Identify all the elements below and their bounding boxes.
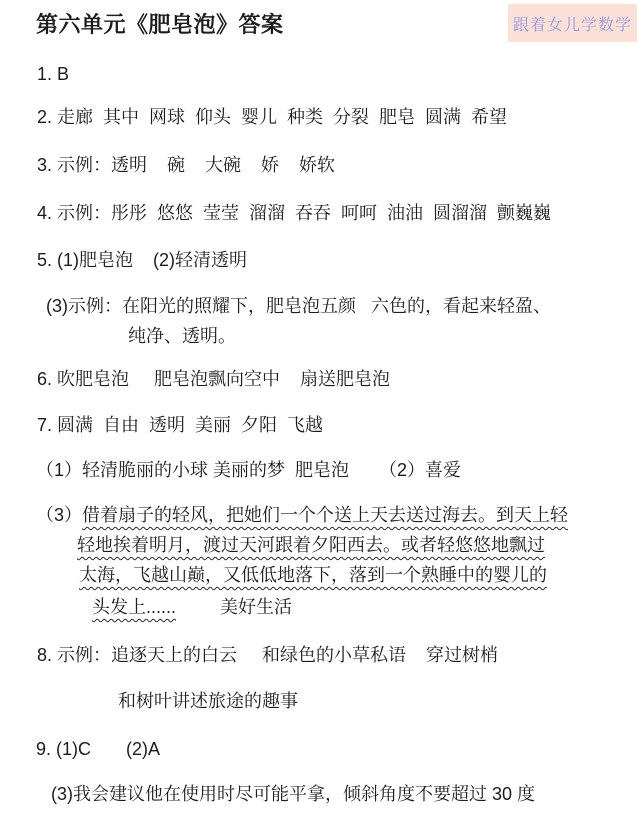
page-title: 第六单元《肥皂泡》答案 [36,12,284,38]
answer-q7-part3-marker: （3） [36,505,82,525]
answer-q4: 4. 示例：彤彤 悠悠 莹莹 溜溜 吞吞 呵呵 油油 圆溜溜 颤巍巍 [37,201,551,225]
answer-q3: 3. 示例：透明 碗 大碗 娇 娇软 [37,153,335,177]
answer-q7: 7. 圆满 自由 透明 美丽 夕阳 飞越 [37,413,323,437]
answer-q7-part3-line2: 轻地挨着明月，渡过天河跟着夕阳西去。或者轻悠悠地飘过 [77,533,545,557]
answer-q2: 2. 走廊 其中 网球 仰头 婴儿 种类 分裂 肥皂 圆满 希望 [37,105,507,129]
answer-q7-part3-text4: 头发上...... [92,597,176,617]
answer-q5-line3: 纯净、透明。 [128,324,236,348]
answer-q7-part3-line3: 太海，飞越山巅，又低低地落下，落到一个熟睡中的婴儿的 [79,563,547,587]
answer-q7-part3-line1: （3）借着扇子的轻风，把她们一个个送上天去送过海去。到天上轻 [36,503,568,527]
answer-q5-line1: 5. (1)肥皂泡 (2)轻清透明 [37,248,247,272]
answer-q9-line2: (3)我会建议他在使用时尽可能平拿，倾斜角度不要超过 30 度 [51,782,535,806]
answer-q6: 6. 吹肥皂泡 肥皂泡飘向空中 扇送肥皂泡 [37,367,390,391]
answer-q8-line1: 8. 示例：追逐天上的白云 和绿色的小草私语 穿过树梢 [37,643,498,667]
answer-q1: 1. B [37,62,69,86]
answer-q8-line2: 和树叶讲述旅途的趣事 [118,689,298,713]
answer-q7-part3-text1: 借着扇子的轻风，把她们一个个送上天去送过海去。到天上轻 [82,505,568,525]
answer-sheet-page: 第六单元《肥皂泡》答案 跟着女儿学数学 1. B 2. 走廊 其中 网球 仰头 … [0,0,639,840]
answer-q7-part3-tail: 美好生活 [220,597,292,617]
answer-q9-line1: 9. (1)C (2)A [36,737,160,761]
answer-q5-line2: (3)示例：在阳光的照耀下，肥皂泡五颜 六色的，看起来轻盈、 [46,294,551,318]
watermark-text: 跟着女儿学数学 [513,12,632,35]
answer-q7-part3-line4: 头发上......美好生活 [92,595,292,619]
watermark-badge: 跟着女儿学数学 [508,4,637,42]
answer-q7-part1: （1）轻清脆丽的小球 美丽的梦 肥皂泡 （2）喜爱 [36,458,461,482]
